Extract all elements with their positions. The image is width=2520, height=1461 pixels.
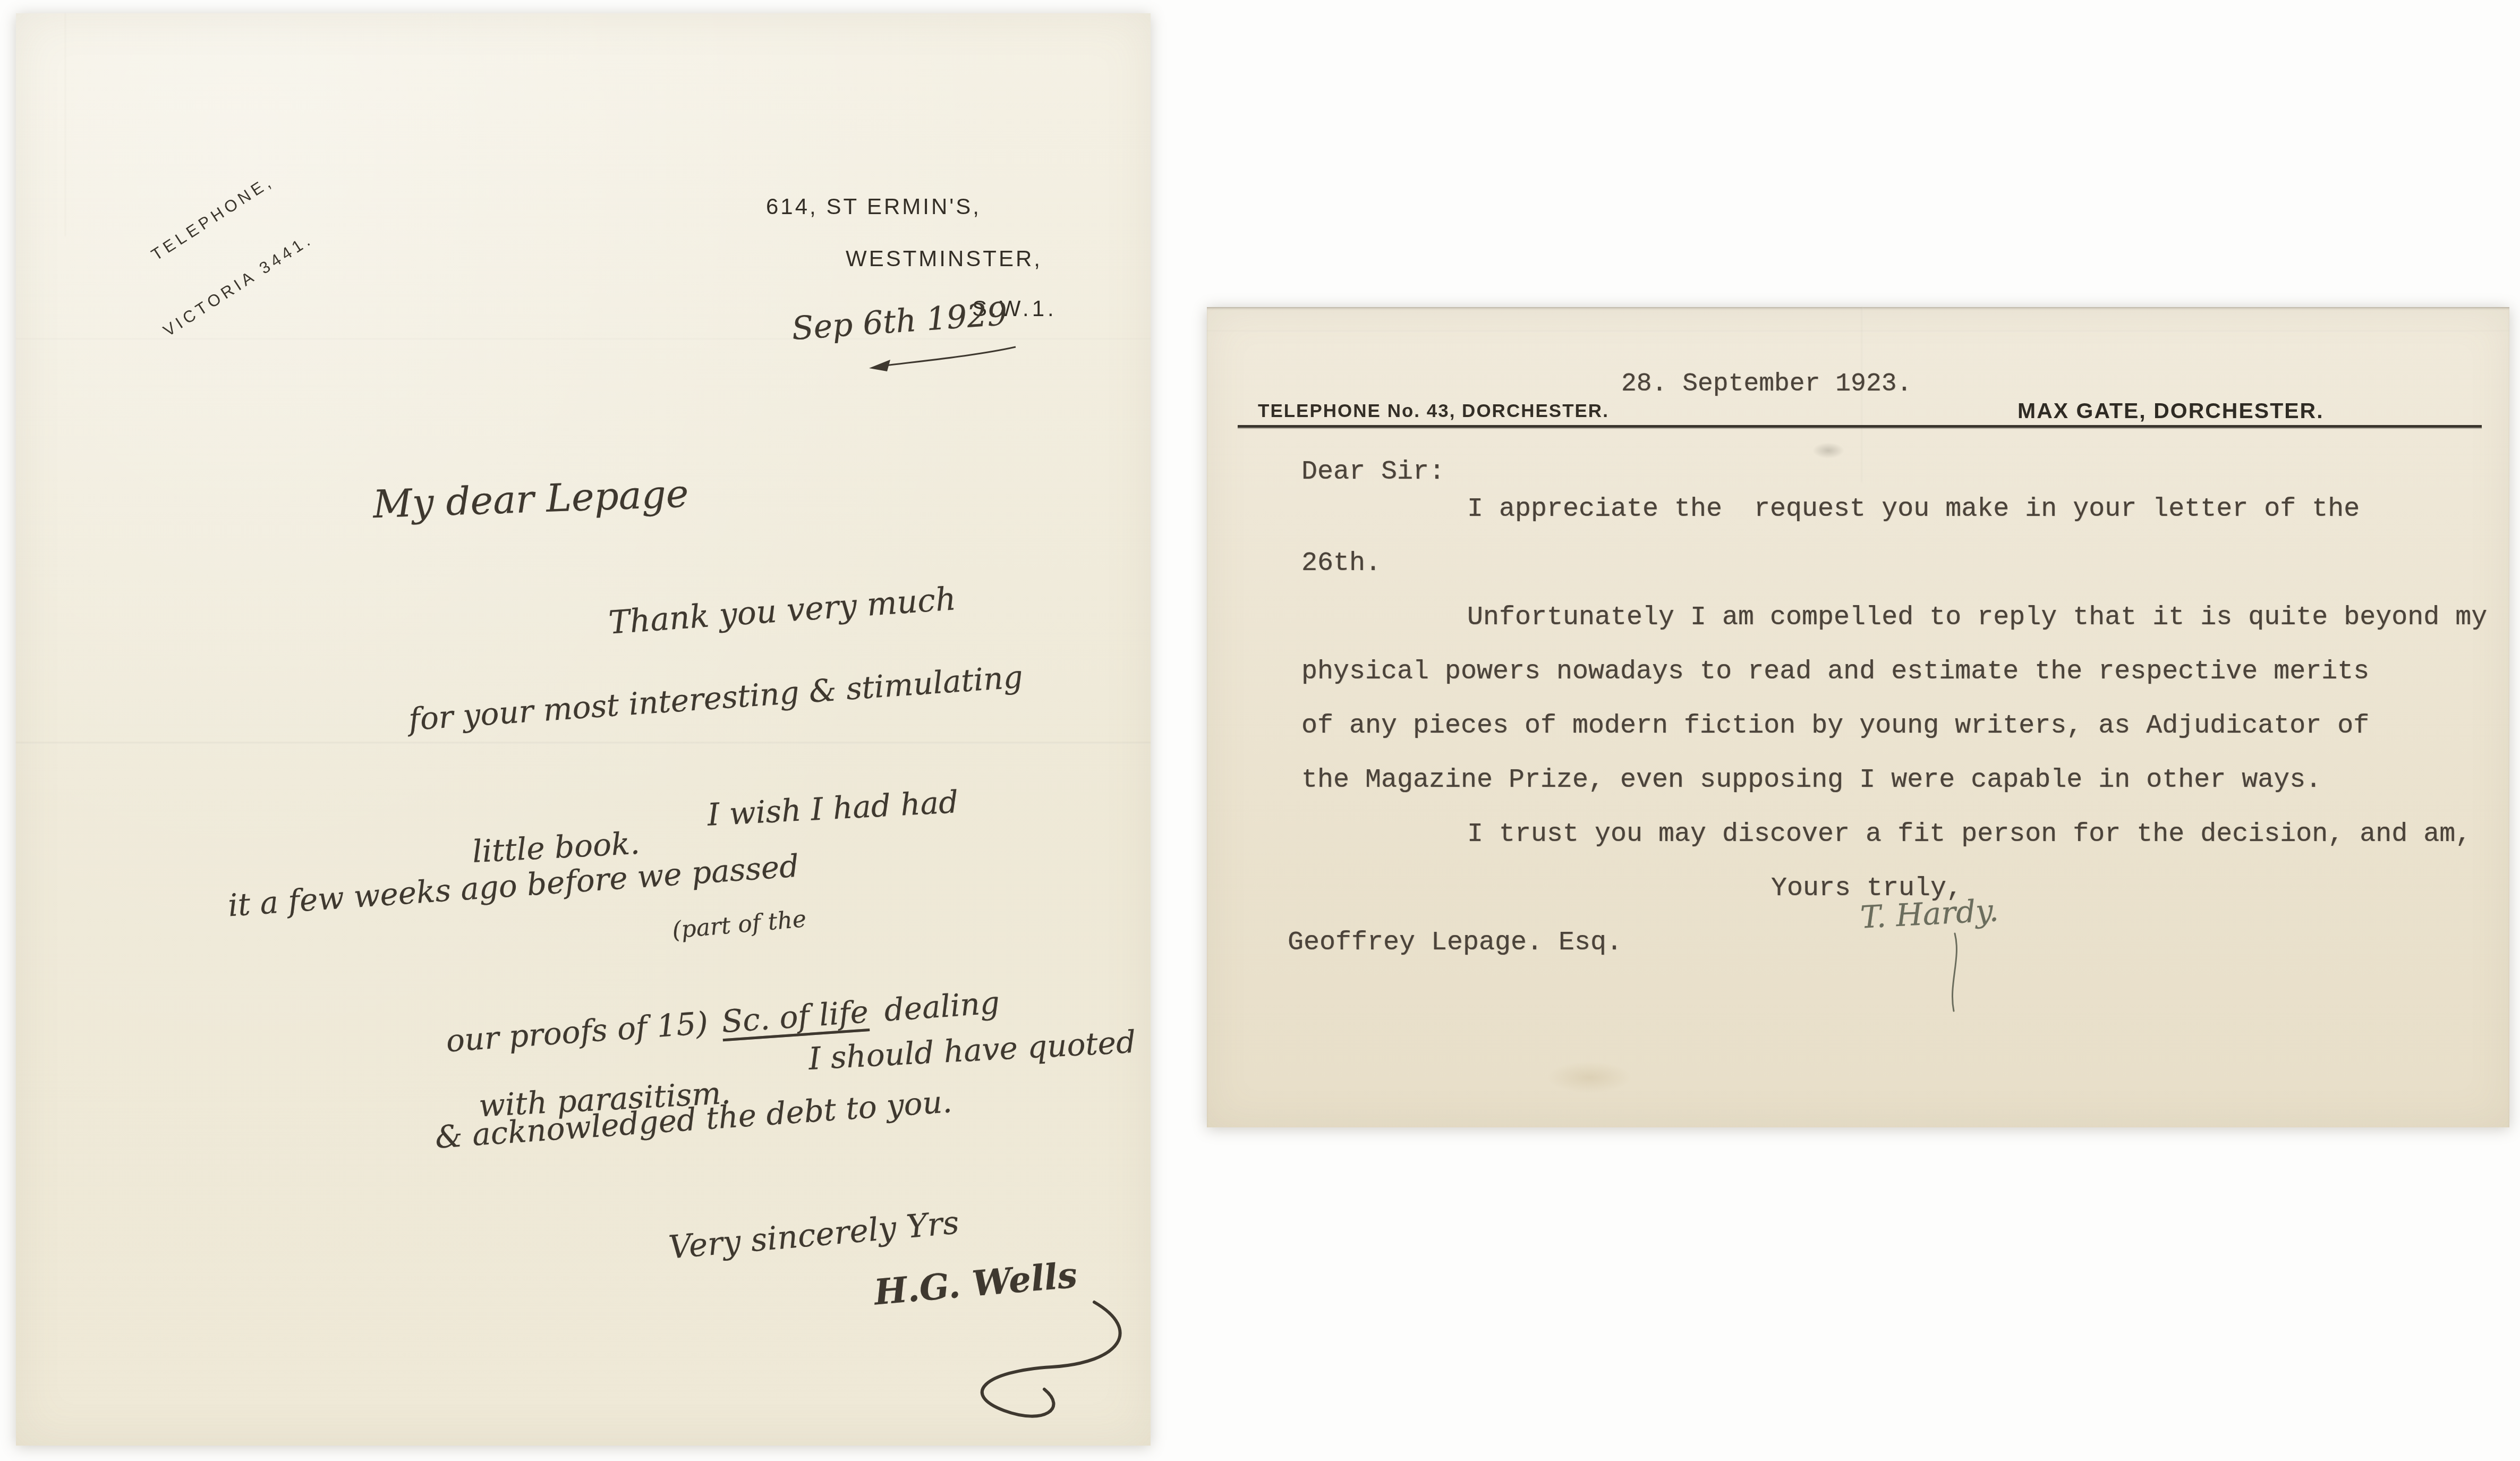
- paper-crease: [65, 13, 66, 236]
- body-line: physical powers nowadays to read and est…: [1301, 657, 2369, 687]
- hardy-signature: T. Hardy.: [1859, 892, 1999, 936]
- letterhead-telephone: TELEPHONE No. 43, DORCHESTER.: [1258, 401, 1609, 422]
- body-line: for your most interesting & stimulating: [407, 659, 1024, 738]
- letterhead-address: MAX GATE, DORCHESTER.: [2017, 398, 2324, 423]
- salutation: My dear Lepage: [372, 471, 689, 527]
- paper-smudge: [1812, 443, 1844, 458]
- body-line-part: I should have quoted: [808, 1024, 1137, 1077]
- body-line: Thank you very much: [607, 580, 957, 642]
- interline-insertion: (part of the: [671, 905, 807, 944]
- signature-tail-icon: [1945, 931, 1966, 1016]
- closing-line: Very sincerely Yrs: [667, 1204, 960, 1267]
- signature-flourish-icon: [919, 1299, 1142, 1442]
- telephone-letterhead: TELEPHONE, VICTORIA 3441.: [83, 134, 359, 415]
- body-line: I appreciate the request you make in you…: [1467, 494, 2360, 524]
- date-underline-arrow-icon: [866, 342, 1020, 373]
- paper-crease: [16, 742, 1151, 744]
- left-letter-page: TELEPHONE, VICTORIA 3441. 614, ST ERMIN'…: [16, 13, 1151, 1446]
- telephone-line1: TELEPHONE,: [148, 172, 277, 264]
- body-line: the Magazine Prize, even supposing I wer…: [1301, 765, 2321, 795]
- body-line: Unfortunately I am compelled to reply th…: [1467, 602, 2487, 633]
- body-line-part: dealing: [883, 984, 1001, 1029]
- body-line: of any pieces of modern fiction by young…: [1301, 711, 2369, 741]
- paper-stain: [1547, 1061, 1632, 1093]
- scan-background: TELEPHONE, VICTORIA 3441. 614, ST ERMIN'…: [0, 0, 2520, 1461]
- address-line1: 614, ST ERMIN'S,: [766, 194, 981, 219]
- right-letter-page: 28. September 1923. TELEPHONE No. 43, DO…: [1207, 307, 2509, 1127]
- address-line2: WESTMINSTER,: [846, 246, 1042, 271]
- body-line-part: I wish I had had: [706, 784, 959, 833]
- typed-date: 28. September 1923.: [1621, 370, 1912, 398]
- salutation: Dear Sir:: [1301, 457, 1445, 487]
- body-line: I trust you may discover a fit person fo…: [1467, 819, 2471, 850]
- body-line: 26th.: [1301, 548, 1381, 579]
- letterhead-rule: [1238, 425, 2482, 428]
- paper-crease: [1207, 330, 2509, 332]
- addressee-line: Geoffrey Lepage. Esq.: [1288, 928, 1622, 958]
